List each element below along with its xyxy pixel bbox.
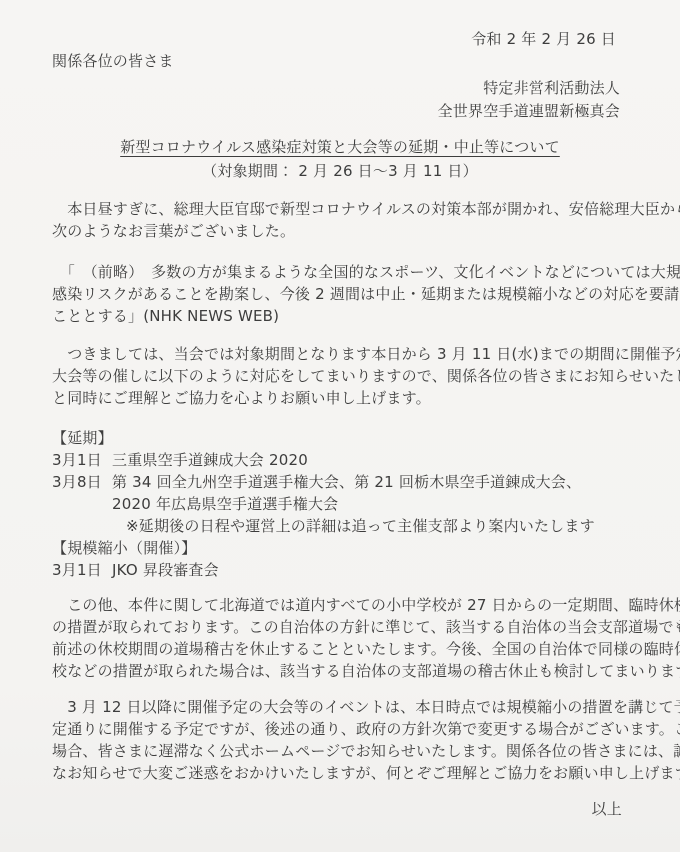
event-date: 3月8日 [52, 471, 112, 493]
event-date: 3月1日 [52, 559, 112, 581]
closing-word: 以上 [592, 798, 622, 820]
text-line: 次のようなお言葉がございました。 [52, 220, 627, 242]
sender-block: 特定非営利活動法人 全世界空手道連盟新極真会 [438, 77, 620, 123]
postponed-note: ※延期後の日程や運営上の詳細は追って主催支部より案内いたします [52, 515, 627, 537]
paragraph-hokkaido: この他、本件に関して北海道では道内すべての小中学校が 27 日からの一定期間、臨… [52, 594, 627, 682]
text-line: 大会等の催しに以下のように対応をしてまいりますので、関係各位の皆さまにお知らせい… [52, 365, 627, 387]
event-name: 三重県空手道錬成大会 2020 [112, 451, 308, 469]
scaled-down-row: 3月1日JKO 昇段審査会 [52, 559, 627, 581]
paragraph-response: つきましては、当会では対象期間となります本日から 3 月 11 日(水)までの期… [52, 343, 627, 409]
text-line: 本日昼すぎに、総理大臣官邸で新型コロナウイルスの対策本部が開かれ、安倍総理大臣か… [52, 198, 627, 220]
text-line: 場合、皆さまに遅滞なく公式ホームページでお知らせいたします。関係各位の皆さまには… [52, 740, 627, 762]
document-date: 令和 2 年 2 月 26 日 [471, 28, 616, 50]
paragraph-quote: 「 （前略） 多数の方が集まるような全国的なスポーツ、文化イベントなどについては… [52, 261, 627, 327]
event-name: 第 34 回全九州空手道選手権大会、第 21 回栃木県空手道錬成大会、 [112, 473, 581, 491]
document-title: 新型コロナウイルス感染症対策と大会等の延期・中止等について [0, 136, 680, 159]
title-block: 新型コロナウイルス感染症対策と大会等の延期・中止等について （対象期間： 2 月… [0, 136, 680, 183]
text-line: 感染リスクがあることを勘案し、今後 2 週間は中止・延期または規模縮小などの対応… [52, 283, 627, 305]
paragraph-intro: 本日昼すぎに、総理大臣官邸で新型コロナウイルスの対策本部が開かれ、安倍総理大臣か… [52, 198, 627, 242]
text-line: 校などの措置が取られた場合は、該当する自治体の支部道場の稽古休止も検討してまいり… [52, 660, 627, 682]
schedule-section: 【延期】 3月1日三重県空手道錬成大会 2020 3月8日第 34 回全九州空手… [52, 427, 627, 581]
postponed-row: 3月1日三重県空手道錬成大会 2020 [52, 449, 627, 471]
event-date: 3月1日 [52, 449, 112, 471]
postponed-row: 3月8日第 34 回全九州空手道選手権大会、第 21 回栃木県空手道錬成大会、 [52, 471, 627, 493]
text-line: の措置が取られております。この自治体の方針に準じて、該当する自治体の当会支部道場… [52, 616, 627, 638]
scaled-down-heading: 【規模縮小（開催）】 [52, 537, 627, 559]
addressee: 関係各位の皆さま [52, 50, 174, 72]
text-line: 3 月 12 日以降に開催予定の大会等のイベントは、本日時点では規模縮小の措置を… [52, 696, 627, 718]
text-line: 定通りに開催する予定ですが、後述の通り、政府の方針次第で変更する場合がございます… [52, 718, 627, 740]
paragraph-future-events: 3 月 12 日以降に開催予定の大会等のイベントは、本日時点では規模縮小の措置を… [52, 696, 627, 784]
text-line: この他、本件に関して北海道では道内すべての小中学校が 27 日からの一定期間、臨… [52, 594, 627, 616]
event-name: JKO 昇段審査会 [112, 561, 219, 579]
sender-org-type: 特定非営利活動法人 [438, 77, 620, 100]
text-line: 「 （前略） 多数の方が集まるような全国的なスポーツ、文化イベントなどについては… [52, 261, 627, 283]
postponed-heading: 【延期】 [52, 427, 627, 449]
document-period: （対象期間： 2 月 26 日～3 月 11 日） [0, 160, 680, 183]
notice-document: 令和 2 年 2 月 26 日 関係各位の皆さま 特定非営利活動法人 全世界空手… [0, 0, 680, 852]
text-line: 前述の休校期間の道場稽古を休止することといたします。今後、全国の自治体で同様の臨… [52, 638, 627, 660]
text-line: つきましては、当会では対象期間となります本日から 3 月 11 日(水)までの期… [52, 343, 627, 365]
text-line: と同時にご理解とご協力を心よりお願い申し上げます。 [52, 387, 627, 409]
sender-org-name: 全世界空手道連盟新極真会 [438, 100, 620, 123]
text-line: なお知らせで大変ご迷惑をおかけいたしますが、何とぞご理解とご協力をお願い申し上げ… [52, 762, 627, 784]
event-name-continuation: 2020 年広島県空手道選手権大会 [52, 493, 627, 515]
text-line: こととする」(NHK NEWS WEB) [52, 305, 627, 327]
